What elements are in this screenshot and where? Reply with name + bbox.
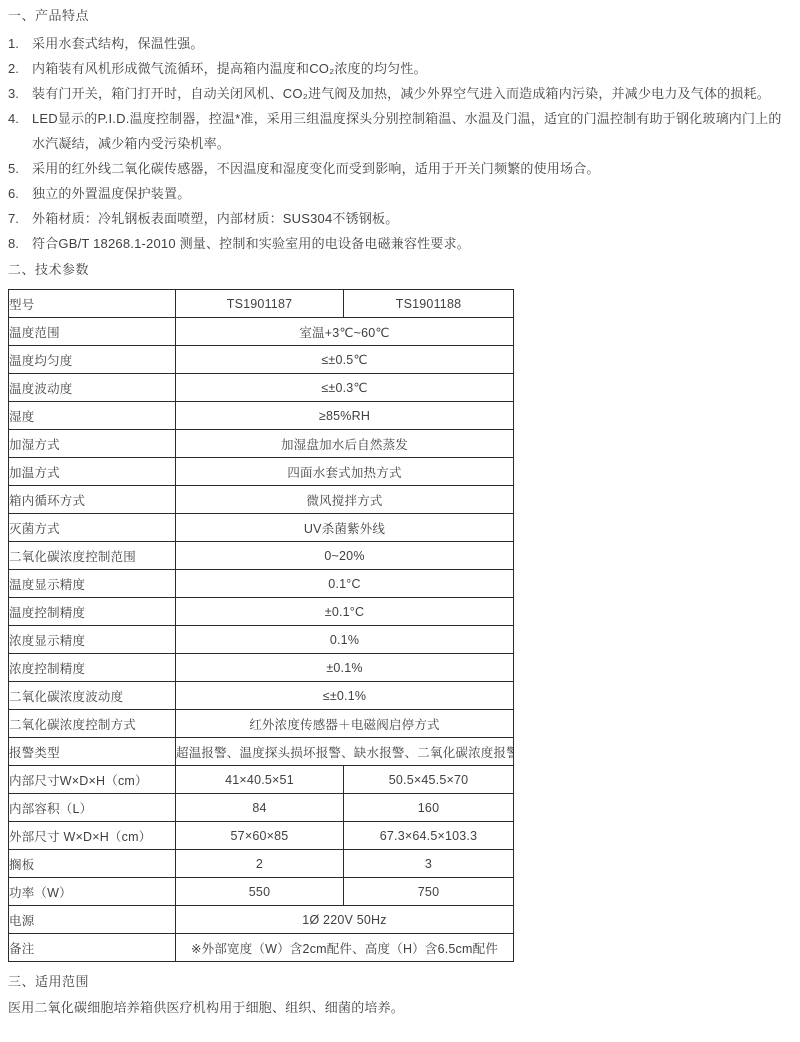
feature-item: 1.采用水套式结构，保温性强。: [8, 31, 792, 56]
spec-row: 电源1Ø 220V 50Hz: [9, 906, 514, 934]
spec-row: 备注※外部宽度（W）含2cm配件、高度（H）含6.5cm配件: [9, 934, 514, 962]
feature-item: 3.装有门开关，箱门打开时，自动关闭风机、CO₂进气阀及加热，减少外界空气进入而…: [8, 81, 792, 106]
spec-label: 浓度控制精度: [9, 654, 176, 682]
spec-row: 浓度显示精度0.1%: [9, 626, 514, 654]
spec-label: 内部尺寸W×D×H（cm）: [9, 766, 176, 794]
spec-value: 750: [344, 878, 514, 906]
spec-row: 二氧化碳浓度控制方式红外浓度传感器＋电磁阀启停方式: [9, 710, 514, 738]
spec-label: 湿度: [9, 402, 176, 430]
spec-label: 报警类型: [9, 738, 176, 766]
spec-row: 内部容积（L）84160: [9, 794, 514, 822]
spec-label: 二氧化碳浓度控制范围: [9, 542, 176, 570]
spec-label: 加温方式: [9, 458, 176, 486]
spec-label: 型号: [9, 290, 176, 318]
spec-value: 0.1°C: [176, 570, 514, 598]
spec-row: 二氧化碳浓度控制范围0~20%: [9, 542, 514, 570]
spec-row: 箱内循环方式微风搅拌方式: [9, 486, 514, 514]
spec-document: 一、产品特点 1.采用水套式结构，保温性强。2.内箱装有风机形成微气流循环，提高…: [0, 0, 800, 1018]
spec-value: 3: [344, 850, 514, 878]
spec-value: ≤±0.3℃: [176, 374, 514, 402]
spec-row: 加湿方式加湿盘加水后自然蒸发: [9, 430, 514, 458]
spec-label: 箱内循环方式: [9, 486, 176, 514]
feature-text: 独立的外置温度保护装置。: [32, 181, 792, 206]
spec-row: 温度显示精度0.1°C: [9, 570, 514, 598]
spec-value: 50.5×45.5×70: [344, 766, 514, 794]
spec-value: 67.3×64.5×103.3: [344, 822, 514, 850]
spec-label: 温度控制精度: [9, 598, 176, 626]
spec-row: 二氧化碳浓度波动度≤±0.1%: [9, 682, 514, 710]
spec-label: 浓度显示精度: [9, 626, 176, 654]
feature-text: 外箱材质：冷轧钢板表面喷塑，内部材质：SUS304不锈钢板。: [32, 206, 792, 231]
spec-row: 报警类型超温报警、温度探头损坏报警、缺水报警、二氧化碳浓度报警: [9, 738, 514, 766]
spec-label: 内部容积（L）: [9, 794, 176, 822]
spec-value: 2: [176, 850, 344, 878]
spec-row: 内部尺寸W×D×H（cm）41×40.5×5150.5×45.5×70: [9, 766, 514, 794]
spec-value: 红外浓度传感器＋电磁阀启停方式: [176, 710, 514, 738]
spec-value: 超温报警、温度探头损坏报警、缺水报警、二氧化碳浓度报警: [176, 738, 514, 766]
spec-row: 温度波动度≤±0.3℃: [9, 374, 514, 402]
spec-value: 1Ø 220V 50Hz: [176, 906, 514, 934]
spec-label: 功率（W）: [9, 878, 176, 906]
spec-row: 温度控制精度±0.1°C: [9, 598, 514, 626]
spec-value: 84: [176, 794, 344, 822]
spec-value: 41×40.5×51: [176, 766, 344, 794]
spec-value: TS1901187: [176, 290, 344, 318]
feature-text: 采用水套式结构，保温性强。: [32, 31, 792, 56]
feature-item: 5.采用的红外线二氧化碳传感器，不因温度和湿度变化而受到影响，适用于开关门频繁的…: [8, 156, 792, 181]
spec-row: 加温方式四面水套式加热方式: [9, 458, 514, 486]
spec-value: 0.1%: [176, 626, 514, 654]
feature-item: 8.符合GB/T 18268.1-2010 测量、控制和实验室用的电设备电磁兼容…: [8, 231, 792, 256]
spec-value: 加湿盘加水后自然蒸发: [176, 430, 514, 458]
scope-text: 医用二氧化碳细胞培养箱供医疗机构用于细胞、组织、细菌的培养。: [8, 998, 792, 1018]
spec-value: ±0.1°C: [176, 598, 514, 626]
spec-value: 160: [344, 794, 514, 822]
spec-value: 四面水套式加热方式: [176, 458, 514, 486]
spec-label: 电源: [9, 906, 176, 934]
feature-text: 采用的红外线二氧化碳传感器，不因温度和湿度变化而受到影响，适用于开关门频繁的使用…: [32, 156, 792, 181]
spec-row: 灭菌方式UV杀菌紫外线: [9, 514, 514, 542]
spec-label: 搁板: [9, 850, 176, 878]
spec-label: 灭菌方式: [9, 514, 176, 542]
feature-text: 符合GB/T 18268.1-2010 测量、控制和实验室用的电设备电磁兼容性要…: [32, 231, 792, 256]
spec-row: 搁板23: [9, 850, 514, 878]
spec-value: TS1901188: [344, 290, 514, 318]
feature-number: 8.: [8, 231, 32, 256]
feature-item: 2.内箱装有风机形成微气流循环，提高箱内温度和CO₂浓度的均匀性。: [8, 56, 792, 81]
feature-number: 3.: [8, 81, 32, 106]
spec-value: 微风搅拌方式: [176, 486, 514, 514]
feature-number: 5.: [8, 156, 32, 181]
spec-label: 温度范围: [9, 318, 176, 346]
spec-value: ≥85%RH: [176, 402, 514, 430]
spec-label: 温度均匀度: [9, 346, 176, 374]
specs-table: 型号TS1901187TS1901188温度范围室温+3℃~60℃温度均匀度≤±…: [8, 289, 514, 962]
feature-text: LED显示的P.I.D.温度控制器，控温*准，采用三组温度探头分别控制箱温、水温…: [32, 106, 792, 156]
spec-value: 室温+3℃~60℃: [176, 318, 514, 346]
spec-label: 外部尺寸 W×D×H（cm）: [9, 822, 176, 850]
spec-row: 型号TS1901187TS1901188: [9, 290, 514, 318]
feature-item: 6.独立的外置温度保护装置。: [8, 181, 792, 206]
spec-row: 外部尺寸 W×D×H（cm）57×60×8567.3×64.5×103.3: [9, 822, 514, 850]
section-specs-heading: 二、技术参数: [8, 260, 792, 280]
spec-label: 温度波动度: [9, 374, 176, 402]
spec-value: ≤±0.5℃: [176, 346, 514, 374]
spec-row: 温度均匀度≤±0.5℃: [9, 346, 514, 374]
spec-value: ※外部宽度（W）含2cm配件、高度（H）含6.5cm配件: [176, 934, 514, 962]
spec-label: 加湿方式: [9, 430, 176, 458]
spec-label: 二氧化碳浓度波动度: [9, 682, 176, 710]
feature-list: 1.采用水套式结构，保温性强。2.内箱装有风机形成微气流循环，提高箱内温度和CO…: [8, 31, 792, 256]
spec-value: UV杀菌紫外线: [176, 514, 514, 542]
feature-number: 6.: [8, 181, 32, 206]
spec-label: 备注: [9, 934, 176, 962]
spec-value: 57×60×85: [176, 822, 344, 850]
feature-item: 7.外箱材质：冷轧钢板表面喷塑，内部材质：SUS304不锈钢板。: [8, 206, 792, 231]
section-features-heading: 一、产品特点: [8, 6, 792, 26]
spec-label: 温度显示精度: [9, 570, 176, 598]
feature-number: 2.: [8, 56, 32, 81]
feature-number: 4.: [8, 106, 32, 156]
spec-row: 湿度≥85%RH: [9, 402, 514, 430]
spec-value: 0~20%: [176, 542, 514, 570]
section-scope-heading: 三、适用范围: [8, 972, 792, 992]
spec-row: 温度范围室温+3℃~60℃: [9, 318, 514, 346]
spec-label: 二氧化碳浓度控制方式: [9, 710, 176, 738]
feature-text: 内箱装有风机形成微气流循环，提高箱内温度和CO₂浓度的均匀性。: [32, 56, 792, 81]
spec-row: 功率（W）550750: [9, 878, 514, 906]
feature-number: 1.: [8, 31, 32, 56]
feature-number: 7.: [8, 206, 32, 231]
spec-value: ±0.1%: [176, 654, 514, 682]
spec-value: 550: [176, 878, 344, 906]
spec-value: ≤±0.1%: [176, 682, 514, 710]
feature-text: 装有门开关，箱门打开时，自动关闭风机、CO₂进气阀及加热，减少外界空气进入而造成…: [32, 81, 792, 106]
feature-item: 4.LED显示的P.I.D.温度控制器，控温*准，采用三组温度探头分别控制箱温、…: [8, 106, 792, 156]
spec-row: 浓度控制精度±0.1%: [9, 654, 514, 682]
